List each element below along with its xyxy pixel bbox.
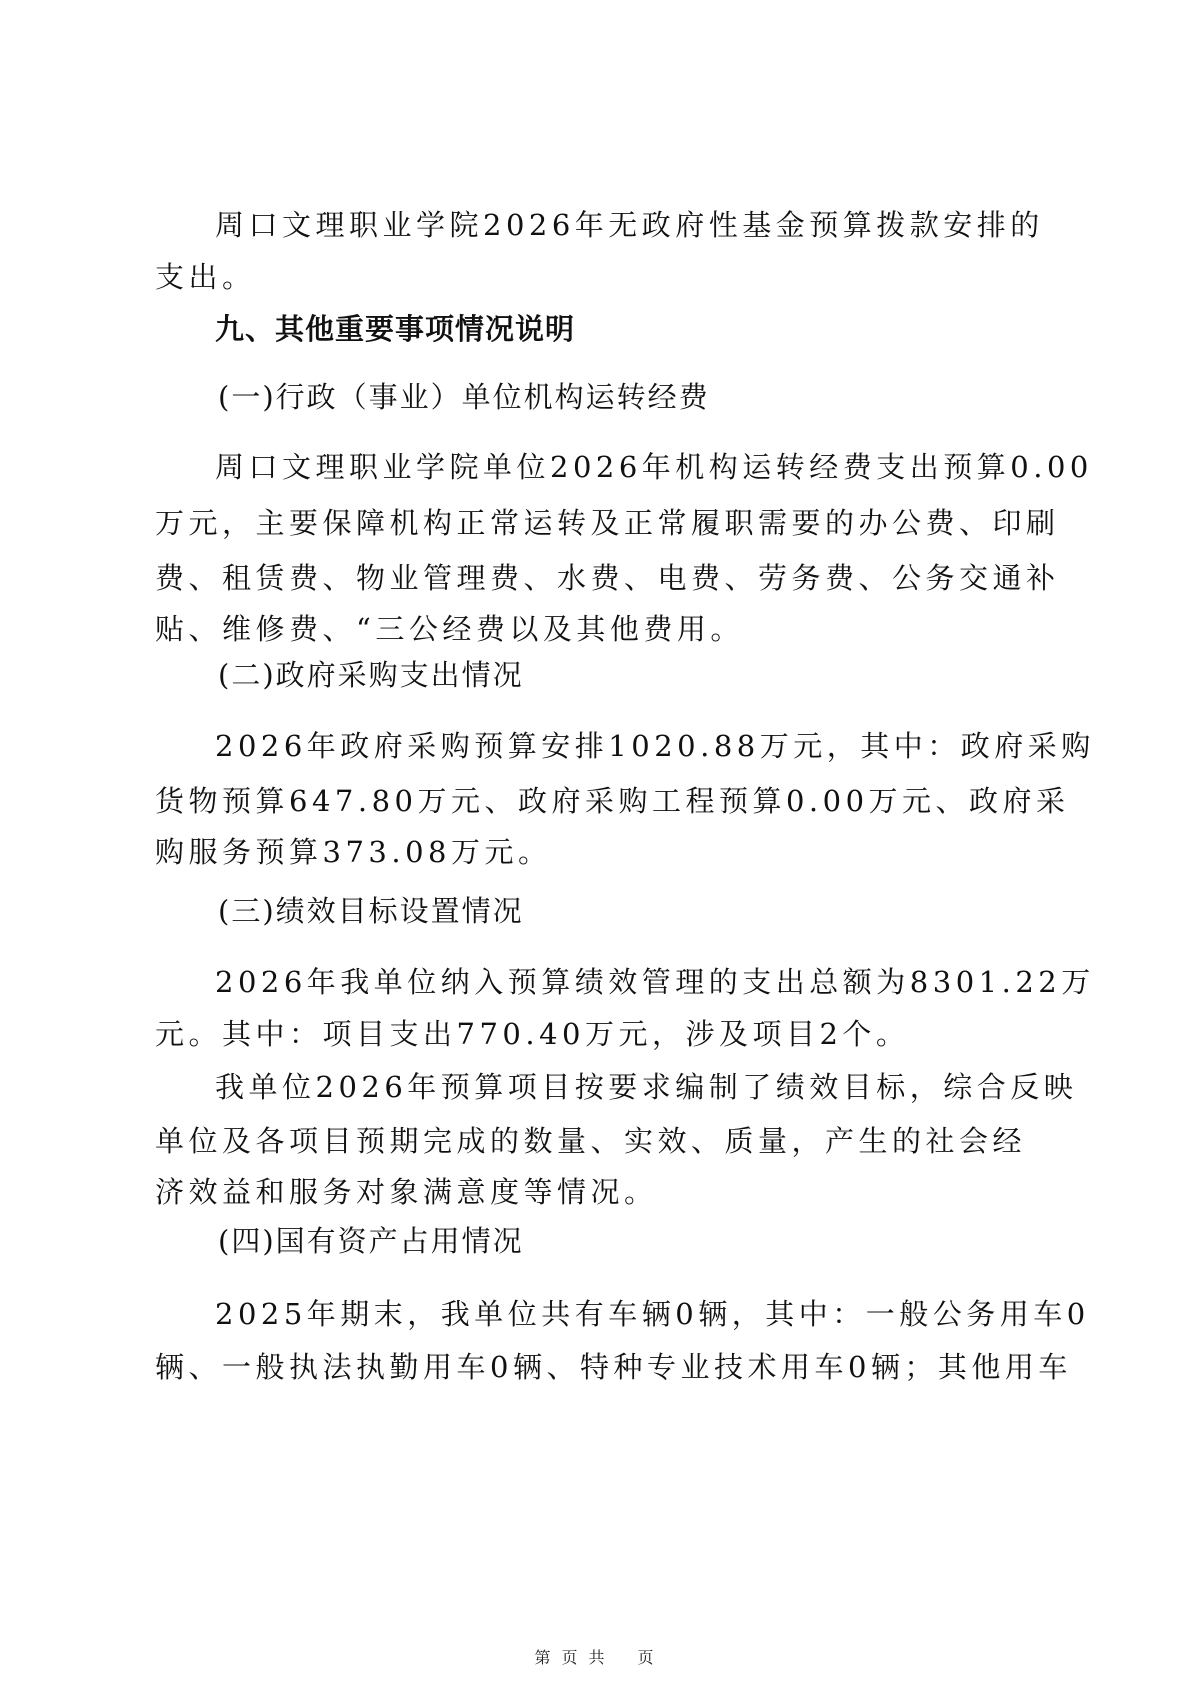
footer-total-label: 页 — [638, 1648, 657, 1667]
paragraph-line: 周口文理职业学院2026年无政府性基金预算拨款安排的 — [215, 205, 1095, 245]
paragraph-line: 单位及各项目预期完成的数量、实效、质量，产生的社会经 — [155, 1121, 1035, 1161]
paragraph-line: 周口文理职业学院单位2026年机构运转经费支出预算0.00 — [215, 447, 1095, 487]
paragraph-line: 万元，主要保障机构正常运转及正常履职需要的办公费、印刷 — [155, 503, 1035, 543]
paragraph-line: 济效益和服务对象满意度等情况。 — [155, 1172, 1035, 1212]
subsection-title: (三)绩效目标设置情况 — [218, 891, 1098, 931]
page-footer: 第页共页 — [0, 1645, 1191, 1668]
paragraph-line: 货物预算647.80万元、政府采购工程预算0.00万元、政府采 — [155, 781, 1035, 821]
footer-total-label: 共 — [589, 1648, 608, 1667]
paragraph-line: 2025年期末，我单位共有车辆0辆，其中：一般公务用车0 — [215, 1294, 1095, 1334]
subsection-title: (四)国有资产占用情况 — [218, 1221, 1098, 1261]
footer-page-label: 第 — [534, 1648, 553, 1667]
paragraph-line: 购服务预算373.08万元。 — [155, 832, 1035, 872]
subsection-title: (二)政府采购支出情况 — [218, 655, 1098, 695]
paragraph-line: 费、租赁费、物业管理费、水费、电费、劳务费、公务交通补 — [155, 558, 1035, 598]
paragraph-line: 贴、维修费、“三公经费以及其他费用。 — [155, 609, 1035, 649]
footer-page-label: 页 — [561, 1648, 580, 1667]
subsection-title: (一)行政（事业）单位机构运转经费 — [218, 377, 1098, 417]
section-title: 九、其他重要事项情况说明 — [215, 309, 1095, 349]
paragraph-line: 辆、一般执法执勤用车0辆、特种专业技术用车0辆；其他用车 — [155, 1347, 1035, 1387]
paragraph-line: 2026年政府采购预算安排1020.88万元，其中：政府采购 — [215, 726, 1095, 766]
paragraph-line: 我单位2026年预算项目按要求编制了绩效目标，综合反映 — [215, 1067, 1095, 1107]
paragraph-line: 元。其中：项目支出770.40万元，涉及项目2个。 — [155, 1014, 1035, 1054]
paragraph-line: 2026年我单位纳入预算绩效管理的支出总额为8301.22万 — [215, 962, 1095, 1002]
paragraph-line: 支出。 — [155, 257, 1035, 297]
document-page: 周口文理职业学院2026年无政府性基金预算拨款安排的 支出。 九、其他重要事项情… — [0, 0, 1191, 1684]
